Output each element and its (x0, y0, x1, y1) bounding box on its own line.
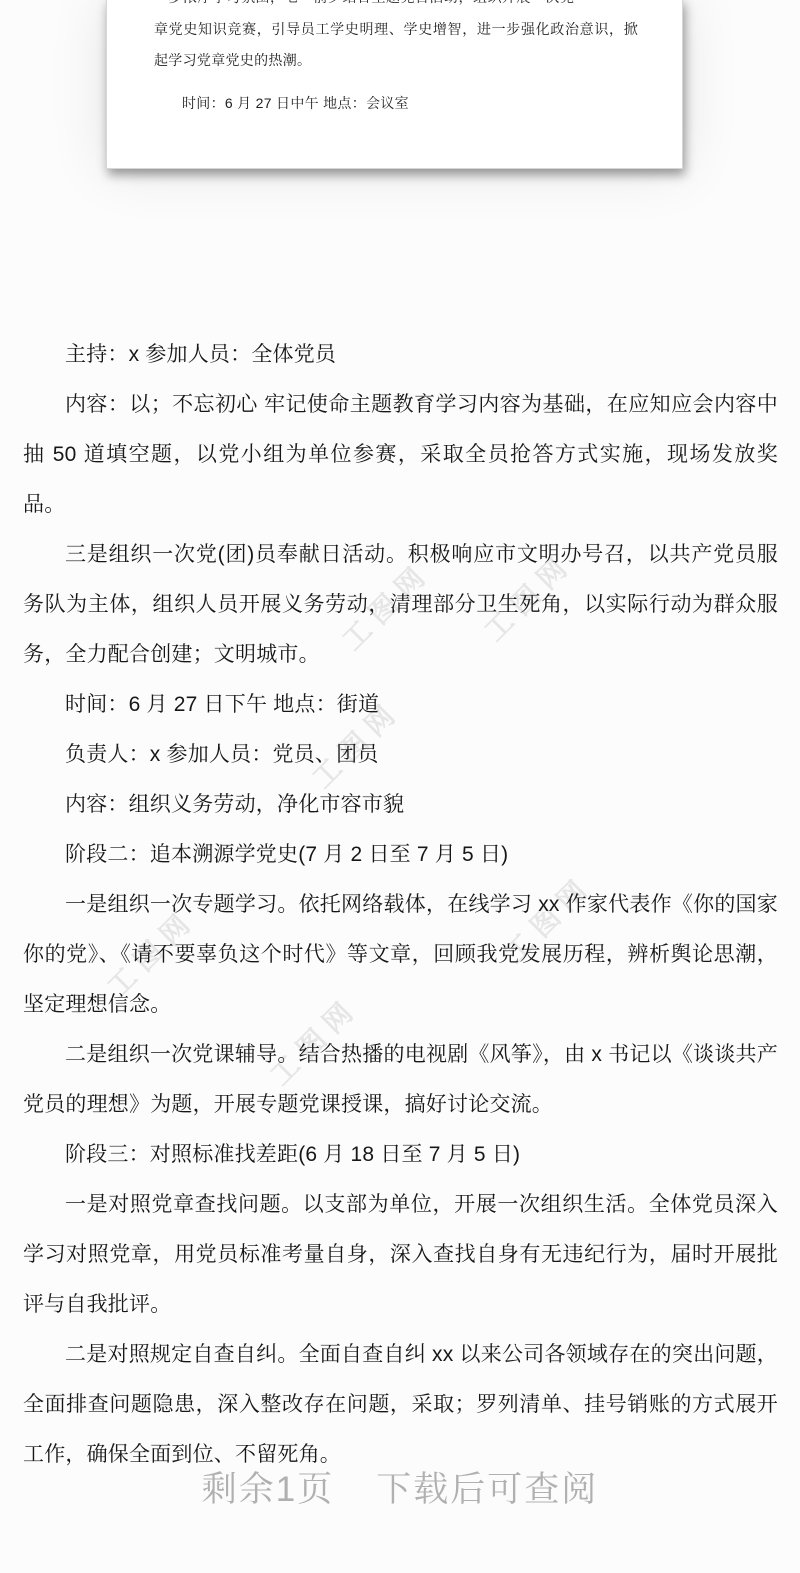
body-paragraph: 二是组织一次党课辅导。结合热播的电视剧《风筝》，由 x 书记以《谈谈共产党员的理… (23, 1030, 778, 1130)
body-paragraph: 一是对照党章查找问题。以支部为单位，开展一次组织生活。全体党员深入学习对照党章，… (23, 1180, 778, 1330)
preview-footer-notice: 剩余1页下载后可查阅 (0, 1462, 800, 1512)
body-paragraph: 主持：x 参加人员：全体党员 (23, 330, 778, 380)
body-paragraph: 负责人：x 参加人员：党员、团员 (23, 730, 778, 780)
document-preview-page: { "page": { "width": 800, "height": 1573… (0, 0, 800, 1573)
card-time-location-line: 时间：6 月 27 日中午 地点：会议室 (154, 88, 638, 119)
body-paragraph: 时间：6 月 27 日下午 地点：街道 (23, 680, 778, 730)
body-paragraph: 二是对照规定自查自纠。全面自查自纠 xx 以来公司各领域存在的突出问题，全面排查… (23, 1330, 778, 1480)
remaining-pages-label: 剩余1页 (202, 1470, 334, 1509)
clipped-text-line: 一步浓厚学习氛围，七一前夕结合主题党日活动，组织开展一次党 (154, 0, 638, 6)
document-page-fragment: 一步浓厚学习氛围，七一前夕结合主题党日活动，组织开展一次党 章党史知识竞赛，引导… (106, 0, 683, 169)
body-paragraph-stage-3-heading: 阶段三：对照标准找差距(6 月 18 日至 7 月 5 日) (23, 1130, 778, 1180)
body-paragraph: 内容：以；不忘初心 牢记使命主题教育学习内容为基础，在应知应会内容中抽 50 道… (23, 380, 778, 530)
body-paragraph: 内容：组织义务劳动，净化市容市貌 (23, 780, 778, 830)
download-hint-label: 下载后可查阅 (376, 1470, 598, 1509)
body-paragraph: 一是组织一次专题学习。依托网络载体，在线学习 xx 作家代表作《你的国家你的党》… (23, 880, 778, 1030)
card-paragraph: 章党史知识竞赛，引导员工学史明理、学史增智，进一步强化政治意识，掀起学习党章党史… (154, 14, 638, 76)
document-body-text: 主持：x 参加人员：全体党员 内容：以；不忘初心 牢记使命主题教育学习内容为基础… (23, 330, 778, 1480)
body-paragraph-stage-2-heading: 阶段二：追本溯源学党史(7 月 2 日至 7 月 5 日) (23, 830, 778, 880)
body-paragraph: 三是组织一次党(团)员奉献日活动。积极响应市文明办号召，以共产党员服务队为主体，… (23, 530, 778, 680)
